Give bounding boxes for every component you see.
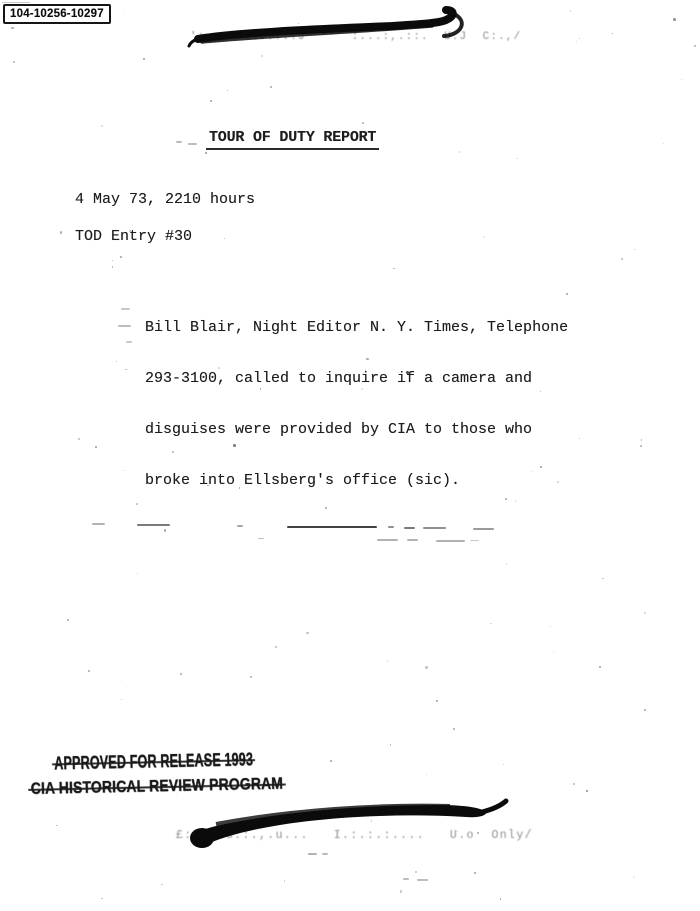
- obscured-text-top: ':..::.::...:.J '' :...:,.::. U.J C:.,/: [190, 31, 521, 43]
- scan-speck: [586, 790, 588, 792]
- obscured-text-bottom: £:...:G::.,.u... I.:.:.:.... U.o Only/: [176, 829, 533, 842]
- scan-dash: [287, 526, 377, 528]
- scan-speck: [261, 55, 263, 57]
- scan-speck: [694, 45, 696, 47]
- scan-speck: [390, 744, 391, 745]
- scan-dash: [377, 539, 398, 541]
- scan-speck: [681, 79, 682, 80]
- scan-speck: [474, 872, 476, 874]
- scan-speck: [78, 438, 79, 439]
- scan-speck: [477, 832, 479, 834]
- scan-dash: [2, 2, 30, 3]
- body-line: disguises were provided by CIA to those …: [145, 421, 568, 438]
- scan-dash: [473, 528, 494, 530]
- scan-speck: [490, 623, 491, 624]
- scan-speck: [275, 646, 277, 648]
- scan-dash: [322, 853, 328, 855]
- scan-dash: [407, 539, 418, 541]
- scan-speck: [673, 18, 676, 21]
- scan-speck: [436, 700, 438, 702]
- tod-entry-line: TOD Entry #30: [75, 228, 192, 245]
- scan-speck: [550, 626, 551, 627]
- marker-stroke-top: [182, 6, 482, 52]
- scan-dash: [403, 878, 409, 880]
- scan-speck: [284, 880, 286, 882]
- document-id-label: 104-10256-10297: [10, 8, 104, 20]
- scan-speck: [457, 831, 458, 832]
- scan-speck: [11, 27, 13, 29]
- scan-speck: [123, 8, 124, 9]
- scan-speck: [641, 439, 643, 441]
- scan-speck: [205, 152, 207, 154]
- body-line: 293-3100, called to inquire if a camera …: [145, 370, 568, 387]
- scan-speck: [120, 256, 122, 258]
- scan-speck: [371, 820, 372, 821]
- scan-speck: [227, 90, 228, 91]
- scan-speck: [634, 249, 636, 251]
- scan-speck: [453, 805, 455, 807]
- scan-dash: [308, 853, 317, 855]
- scan-speck: [164, 529, 166, 531]
- scan-dash: [237, 525, 243, 527]
- scan-speck: [67, 619, 69, 621]
- scan-dash: [92, 523, 105, 525]
- scan-speck: [123, 470, 124, 471]
- scan-speck: [621, 258, 623, 260]
- scan-speck: [453, 728, 455, 730]
- stamp-line-program: CIA HISTORICAL REVIEW PROGRAM: [31, 774, 284, 799]
- scan-speck: [239, 487, 240, 488]
- document-id-box: 104-10256-10297: [3, 4, 111, 24]
- date-line: 4 May 73, 2210 hours: [75, 191, 255, 208]
- scan-speck: [566, 293, 568, 295]
- scan-speck: [116, 361, 117, 362]
- scan-speck: [361, 388, 363, 390]
- scan-speck: [387, 660, 388, 661]
- scan-dash: [417, 879, 428, 881]
- scan-speck: [579, 38, 580, 39]
- scan-speck: [233, 444, 236, 447]
- scan-speck: [88, 670, 90, 672]
- scan-speck: [393, 268, 395, 270]
- scan-dash: [423, 527, 446, 529]
- scan-speck: [663, 143, 664, 144]
- scan-dash: [258, 538, 264, 539]
- scan-speck: [576, 41, 577, 42]
- scan-speck: [440, 18, 442, 20]
- scan-speck: [599, 666, 601, 668]
- scan-speck: [570, 10, 572, 12]
- scan-speck: [644, 612, 646, 614]
- scan-dash: [470, 540, 479, 541]
- redaction-marker-top: ':..::.::...:.J '' :...:,.::. U.J C:.,/: [182, 6, 482, 52]
- scan-speck: [129, 230, 131, 232]
- scan-speck: [60, 231, 62, 233]
- marker-stroke-bottom: [150, 798, 510, 856]
- scan-speck: [172, 451, 174, 453]
- scan-speck: [112, 266, 114, 268]
- scan-speck: [260, 388, 262, 390]
- report-body: Bill Blair, Night Editor N. Y. Times, Te…: [145, 285, 568, 523]
- approval-stamp: APPROVED FOR RELEASE 1993 CIA HISTORICAL…: [30, 748, 339, 799]
- scan-speck: [503, 764, 504, 765]
- scan-speck: [612, 33, 613, 34]
- scan-dash: [388, 526, 394, 528]
- scan-speck: [121, 699, 122, 700]
- scan-speck: [56, 825, 58, 827]
- scan-speck: [298, 23, 299, 24]
- scan-speck: [224, 238, 225, 239]
- redaction-marker-bottom: £:...:G::.,.u... I.:.:.:.... U.o Only/: [150, 798, 510, 856]
- body-line: broke into Ellsberg's office (sic).: [145, 472, 568, 489]
- scan-speck: [218, 367, 220, 369]
- scan-speck: [136, 503, 138, 505]
- scan-speck: [161, 884, 162, 885]
- scan-speck: [306, 632, 308, 634]
- scan-dash: [188, 143, 197, 145]
- scan-speck: [330, 760, 332, 762]
- scan-speck: [640, 445, 642, 447]
- scan-speck: [483, 236, 485, 238]
- scan-dash: [436, 540, 465, 542]
- scanned-document-page: 104-10256-10297 ':..::.::...:.J '' :...:…: [0, 0, 700, 911]
- scan-dash: [121, 308, 130, 310]
- body-line: Bill Blair, Night Editor N. Y. Times, Te…: [145, 319, 568, 336]
- scan-speck: [415, 871, 417, 873]
- page-title: TOUR OF DUTY REPORT: [206, 129, 379, 150]
- scan-speck: [426, 774, 427, 775]
- scan-speck: [210, 100, 212, 102]
- scan-speck: [644, 709, 646, 711]
- scan-speck: [143, 58, 145, 60]
- scan-speck: [573, 783, 575, 785]
- scan-speck: [101, 125, 103, 127]
- scan-speck: [459, 151, 461, 153]
- scan-dash: [126, 341, 132, 343]
- scan-speck: [125, 369, 127, 371]
- scan-speck: [178, 330, 180, 332]
- scan-speck: [180, 673, 182, 675]
- scan-speck: [425, 666, 427, 668]
- scan-speck: [406, 371, 409, 374]
- scan-speck: [270, 86, 272, 88]
- scan-speck: [250, 676, 252, 678]
- scan-speck: [112, 260, 113, 261]
- scan-speck: [500, 898, 501, 899]
- stamp-line-release: APPROVED FOR RELEASE 1993: [54, 749, 253, 774]
- scan-speck: [633, 876, 635, 878]
- scan-speck: [540, 466, 542, 468]
- scan-speck: [325, 507, 327, 509]
- scan-speck: [121, 681, 122, 682]
- scan-speck: [13, 61, 15, 63]
- scan-dash: [137, 524, 170, 526]
- scan-speck: [101, 898, 103, 900]
- scan-speck: [400, 890, 402, 892]
- scan-dash: [118, 325, 131, 327]
- scan-speck: [602, 578, 604, 580]
- scan-speck: [362, 122, 364, 124]
- scan-speck: [95, 446, 97, 448]
- scan-speck: [553, 651, 554, 652]
- scan-speck: [515, 500, 516, 501]
- scan-speck: [136, 573, 137, 574]
- scan-dash: [404, 527, 415, 529]
- scan-dash: [176, 141, 182, 143]
- scan-speck: [506, 563, 508, 565]
- scan-speck: [366, 358, 368, 360]
- scan-speck: [516, 158, 517, 159]
- scan-speck: [579, 438, 580, 439]
